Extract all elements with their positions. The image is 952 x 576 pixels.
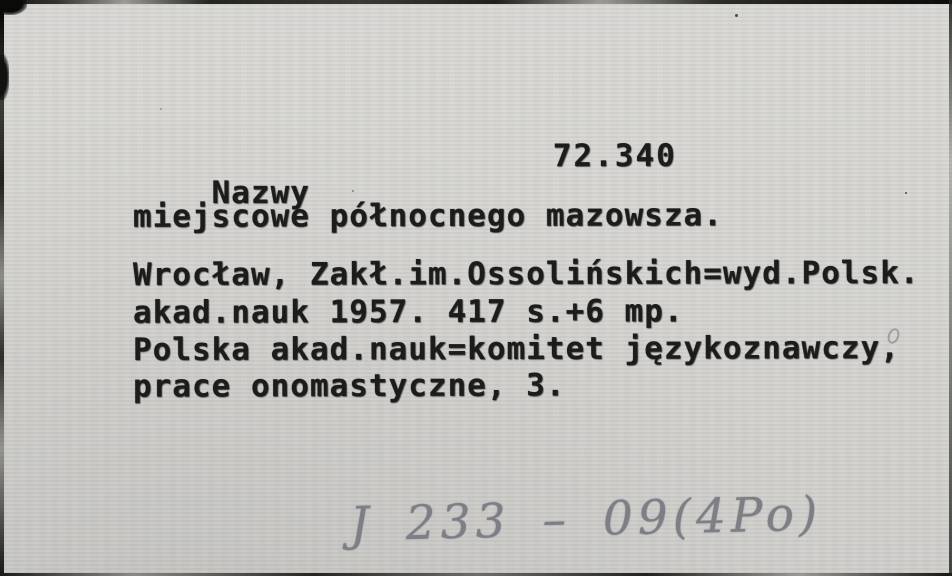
catalog-card-scan: Nazwy 72.340 miejscowe północnego mazows… [0,0,952,576]
dust-speck [160,108,162,110]
title-line: miejscowe północnego mazowsza. [133,197,723,235]
scan-left-edge-artifact [0,54,9,100]
handwritten-call-number: J 233 – 09(4Po) [349,487,822,553]
scan-edge-top [0,0,952,4]
dust-speck [352,190,354,192]
imprint-line-2: akad.nauk 1957. 417 s.+6 mp. [133,293,684,330]
classification-number: 72.340 [553,138,677,174]
imprint-line-1: Wrocław, Zakł.im.Ossolińskich=wyd.Polsk. [133,255,920,293]
series-line-2: prace onomastyczne, 3. [133,367,566,404]
dust-speck [905,192,907,194]
dust-speck [735,14,738,17]
series-line-1: Polska akad.nauk=komitet językoznawczy, [133,330,900,368]
scan-corner-artifact [0,0,27,15]
